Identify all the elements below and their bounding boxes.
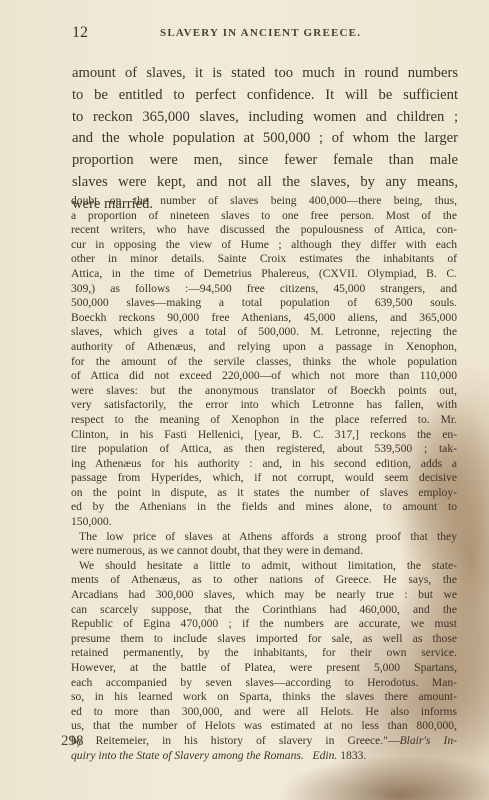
text-line: and the whole population at 500,000 ; of… (72, 128, 458, 150)
footnote-line: respect to the meaning of Xenophon in th… (71, 413, 457, 428)
citation-text: by Reitemeier, in his history of slavery… (71, 734, 400, 747)
text-line: to reckon 365,000 slaves, including wome… (72, 107, 458, 129)
footnote-line: other in minor details. Sainte Croix est… (71, 252, 457, 267)
footnote-line: ed to more than 300,000, and were all He… (71, 705, 457, 720)
footnote-line: The low price of slaves at Athens afford… (71, 530, 457, 545)
footnote-line-citation: quiry into the State of Slavery among th… (71, 749, 457, 764)
text-line: amount of slaves, it is stated too much … (72, 63, 458, 85)
footnote-line: very satisfactorily, the error into whic… (71, 398, 457, 413)
footnote-line: Boeckh reckons 90,000 free Athenians, 45… (71, 311, 457, 326)
footnote-line: Arcadians had 300,000 slaves, which may … (71, 588, 457, 603)
main-paragraph: amount of slaves, it is stated too much … (72, 63, 458, 216)
footnote-line: doubt on the number of slaves being 400,… (71, 194, 457, 209)
footnote-line-citation: by Reitemeier, in his history of slavery… (71, 734, 457, 749)
footnote-line: each accompanied by seven slaves—accordi… (71, 676, 457, 691)
footnote-line: However, at the battle of Platea, were p… (71, 661, 457, 676)
footnote-line: Attica, in the time of Demetrius Phalere… (71, 267, 457, 282)
signature-mark: 298 (61, 733, 84, 750)
footnote-line: Republic of Egina 470,000 ; if the numbe… (71, 617, 457, 632)
citation-year: 1833. (340, 749, 366, 762)
footnote-line: ments of Athenæus, as to other nations o… (71, 573, 457, 588)
citation-title-end: quiry into the State of Slavery among th… (71, 749, 304, 762)
text-line: to be entitled to perfect confidence. It… (72, 85, 458, 107)
footnote-line: passage from Hyperides, which, if not co… (71, 471, 457, 486)
footnote-line: for the amount of the servile classes, t… (71, 355, 457, 370)
footnote-line: can scarcely suppose, that the Corinthia… (71, 603, 457, 618)
footnote-line: ing Athenæus for his authority : and, in… (71, 457, 457, 472)
footnote-line: authority of Athenæus, and relying upon … (71, 340, 457, 355)
footnote-line: tire population of Attica, as then regis… (71, 442, 457, 457)
page-number: 12 (72, 24, 88, 42)
footnote-line: so, in his learned work on Sparta, think… (71, 690, 457, 705)
text-line: slaves were kept, and not all the slaves… (72, 172, 458, 194)
footnote-line: 500,000 slaves—making a total population… (71, 296, 457, 311)
footnote-line: slaves, which gives a total of 500,000. … (71, 325, 457, 340)
book-page: 12 SLAVERY IN ANCIENT GREECE. amount of … (0, 0, 489, 800)
footnote-line: ed by the Athenians in the fields and mi… (71, 500, 457, 515)
footnote-line: were numerous, as we cannot doubt, that … (71, 544, 457, 559)
footnote-line: recent writers, who have discussed the p… (71, 223, 457, 238)
footnote-block: doubt on the number of slaves being 400,… (71, 194, 457, 763)
footnote-line: on the point in dispute, as it states th… (71, 486, 457, 501)
page-header: 12 SLAVERY IN ANCIENT GREECE. (72, 24, 449, 44)
footnote-line: cur in opposing the view of Hume ; altho… (71, 238, 457, 253)
footnote-line: retained permanently, by the inhabitants… (71, 646, 457, 661)
text-line: proportion were men, since fewer female … (72, 150, 458, 172)
citation-title-start: Blair's In- (400, 734, 457, 747)
footnote-line: a proportion of nineteen slaves to one f… (71, 209, 457, 224)
running-title: SLAVERY IN ANCIENT GREECE. (160, 27, 361, 39)
footnote-line: us, that the number of Helots was estima… (71, 719, 457, 734)
footnote-line: 150,000. (71, 515, 457, 530)
footnote-line: We should hesitate a little to admit, wi… (71, 559, 457, 574)
footnote-line: were slaves: but the anonymous translato… (71, 384, 457, 399)
citation-place: Edin. (313, 749, 338, 762)
footnote-line: Clinton, in his Fasti Hellenici, [year, … (71, 428, 457, 443)
footnote-line: of Attica did not exceed 220,000—of whic… (71, 369, 457, 384)
footnote-line: 309,) as follows :—94,500 free citizens,… (71, 282, 457, 297)
footnote-line: presume them to include slaves imported … (71, 632, 457, 647)
